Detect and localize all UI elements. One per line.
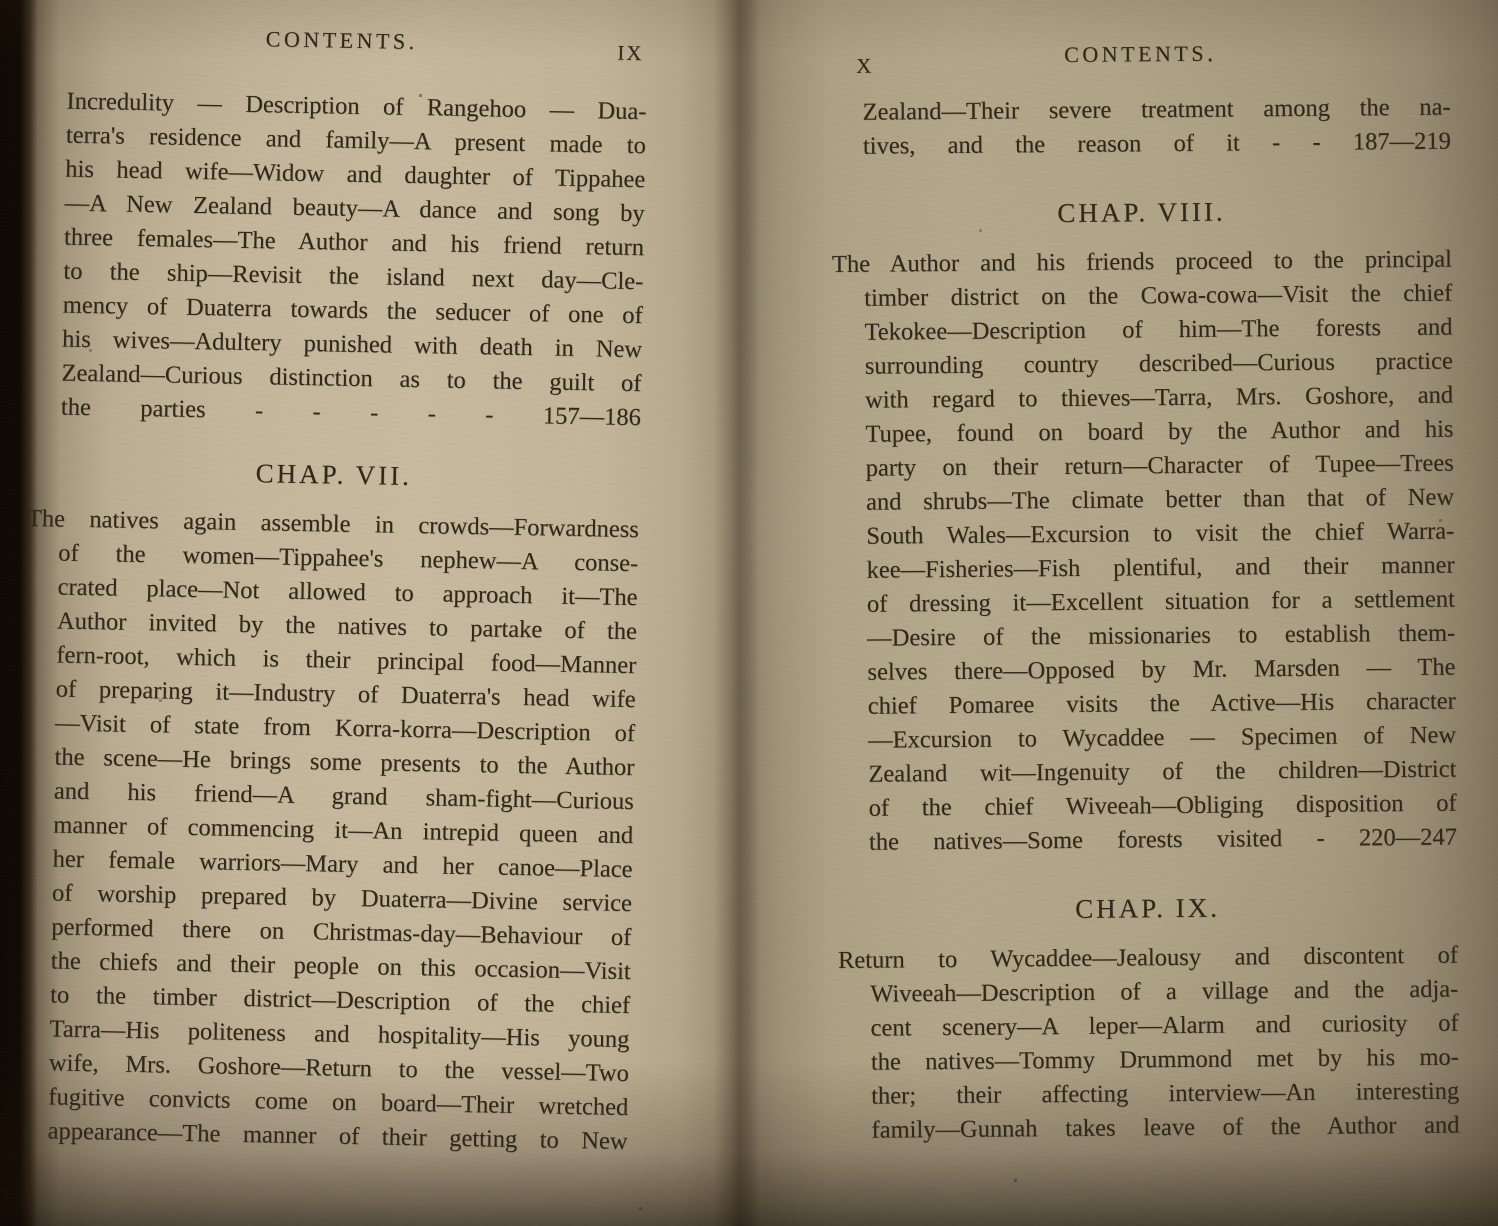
left-page: CONTENTS. IX Incredulity — Description o… (15, 22, 648, 1159)
left-page-contents: Incredulity — Description of Rangehoo — … (15, 84, 646, 1159)
contents-line: party on their return—Character of Tupee… (834, 447, 1454, 486)
contents-line: The Author and his friends proceed to th… (832, 243, 1452, 282)
contents-line: of dressing it—Excellent situation for a… (835, 583, 1455, 622)
contents-line: family—Gunnah takes leave of the Author … (839, 1109, 1459, 1148)
right-page-title: CONTENTS. (1064, 41, 1216, 67)
paper-specks (0, 0, 1, 1)
contents-line: Zealand—Their severe treatment among the… (830, 91, 1450, 130)
left-page-title: CONTENTS. (266, 26, 418, 54)
contents-line: —Excursion to Wycaddee — Specimen of New (836, 719, 1456, 758)
contents-line: cent scenery—A leper—Alarm and curiosity… (838, 1007, 1458, 1046)
right-page-number: X (856, 54, 873, 79)
contents-line: South Wales—Excursion to visit the chief… (834, 515, 1454, 554)
contents-line: kee—Fisheries—Fish plentiful, and their … (834, 549, 1454, 588)
contents-line: —Desire of the missionaries to establish… (835, 617, 1455, 656)
right-page-contents: Zealand—Their severe treatment among the… (830, 91, 1459, 1148)
right-page-header: X CONTENTS. (830, 39, 1450, 74)
contents-paragraph: Return to Wycaddee—Jealousy and disconte… (838, 939, 1460, 1148)
contents-line: timber district on the Cowa-cowa—Visit t… (832, 277, 1452, 316)
contents-line: selves there—Opposed by Mr. Marsden — Th… (835, 651, 1455, 690)
contents-line: and shrubs—The climate better than that … (834, 481, 1454, 520)
contents-line: with regard to thieves—Tarra, Mrs. Gosho… (833, 379, 1453, 418)
contents-line: Wiveeah—Description of a village and the… (838, 973, 1458, 1012)
chapter-heading: CHAP. VII. (27, 452, 640, 497)
contents-line: ther; their affecting interview—An inter… (839, 1075, 1459, 1114)
contents-line: Tupee, found on board by the Author and … (833, 413, 1453, 452)
chapter-heading: CHAP. VIII. (831, 193, 1451, 232)
contents-line: the natives—Tommy Drummond met by his mo… (839, 1041, 1459, 1080)
left-page-number: IX (617, 41, 644, 66)
contents-line: Tekokee—Description of him—The forests a… (832, 311, 1452, 350)
contents-paragraph: Zealand—Their severe treatment among the… (830, 91, 1451, 164)
contents-line: the natives—Some forests visited - 220—2… (837, 821, 1457, 860)
contents-line: tives, and the reason of it - - 187—219 (831, 125, 1451, 164)
contents-line: of the chief Wiveeah—Obliging dispositio… (837, 787, 1457, 826)
right-page: X CONTENTS. Zealand—Their severe treatme… (830, 39, 1460, 1148)
chapter-heading: CHAP. IX. (837, 889, 1457, 928)
contents-paragraph: Incredulity — Description of Rangehoo — … (29, 84, 647, 435)
contents-line: Return to Wycaddee—Jealousy and disconte… (838, 939, 1458, 978)
contents-line: surrounding country described—Curious pr… (833, 345, 1453, 384)
contents-paragraph: The Author and his friends proceed to th… (832, 243, 1457, 860)
contents-line: Zealand wit—Ingenuity of the children—Di… (836, 753, 1456, 792)
book-photo: CONTENTS. IX Incredulity — Description o… (0, 0, 1498, 1226)
contents-line: chief Pomaree visits the Active—His char… (836, 685, 1456, 724)
contents-paragraph: The natives again assemble in crowds—For… (15, 502, 639, 1159)
